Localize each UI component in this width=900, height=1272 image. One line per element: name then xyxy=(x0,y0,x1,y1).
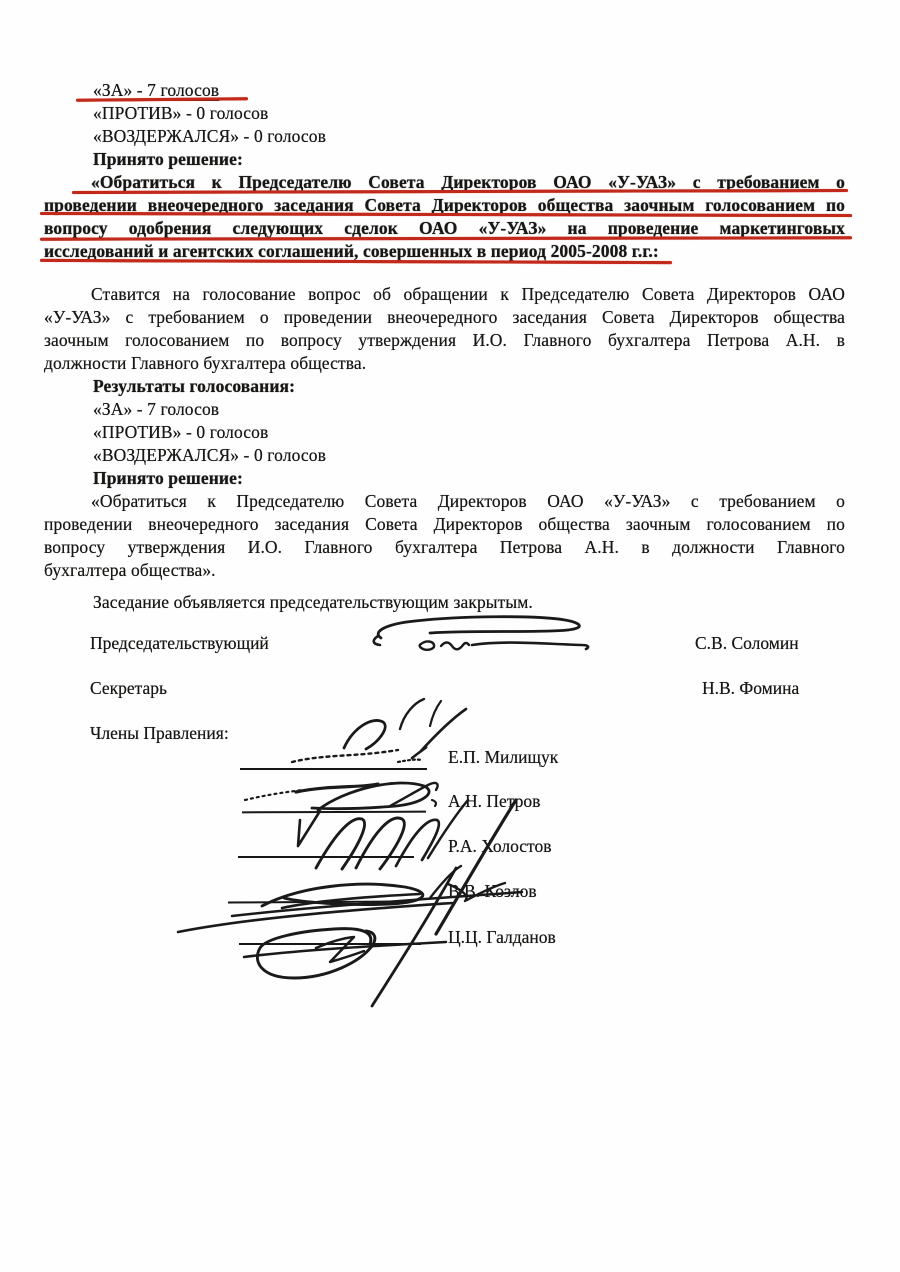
vote2-za-line: «ЗА» - 7 голосов xyxy=(93,399,853,421)
vote1-decision-heading: Принято решение: xyxy=(93,149,853,171)
chairman-signature xyxy=(374,617,588,650)
signature-line xyxy=(240,768,427,770)
member-name: Ц.Ц. Галданов xyxy=(448,927,556,948)
signature-line xyxy=(242,811,426,814)
vote1-protiv-line: «ПРОТИВ» - 0 голосов xyxy=(93,103,853,125)
vote2-decision-heading: Принято решение: xyxy=(93,468,853,490)
member-name: Р.А. Холостов xyxy=(448,836,551,857)
chairman-label: Председательствующий xyxy=(90,633,269,654)
chairman-name: С.В. Соломин xyxy=(695,633,799,654)
member-name: А.Н. Петров xyxy=(448,791,540,812)
secretary-label: Секретарь xyxy=(90,678,167,699)
vote1-abstained-line: «ВОЗДЕРЖАЛСЯ» - 0 голосов xyxy=(93,126,853,148)
members-label: Члены Правления: xyxy=(90,723,229,744)
results-heading: Результаты голосования: xyxy=(93,376,853,398)
vote2-protiv-line: «ПРОТИВ» - 0 голосов xyxy=(93,422,853,444)
question-line: Ставится на голосование вопрос об обраще… xyxy=(44,284,845,306)
scanned-protocol-page: «ЗА» - 7 голосов «ПРОТИВ» - 0 голосов «В… xyxy=(0,0,900,1272)
question-line: должности Главного бухгалтера общества. xyxy=(44,353,845,375)
vote2-abstained-line: «ВОЗДЕРЖАЛСЯ» - 0 голосов xyxy=(93,445,853,467)
decision2-line: вопросу утверждения И.О. Главного бухгал… xyxy=(44,537,845,559)
signature-line xyxy=(228,901,402,904)
member-name: Е.П. Милищук xyxy=(448,747,558,768)
closing-statement: Заседание объявляется председательствующ… xyxy=(93,592,853,614)
decision2-line: проведении внеочередного заседания Совет… xyxy=(44,514,845,536)
signature-line xyxy=(239,943,421,945)
decision2-line: бухгалтера общества». xyxy=(44,560,845,582)
secretary-name: Н.В. Фомина xyxy=(702,678,799,699)
member-name: В.В. Козлов xyxy=(448,881,537,902)
decision2-line: «Обратиться к Председателю Совета Директ… xyxy=(44,491,845,513)
question-line: заочным голосованием по вопросу утвержде… xyxy=(44,330,845,352)
signature-line xyxy=(238,856,414,858)
question-line: «У-УАЗ» с требованием о проведении внеоч… xyxy=(44,307,845,329)
